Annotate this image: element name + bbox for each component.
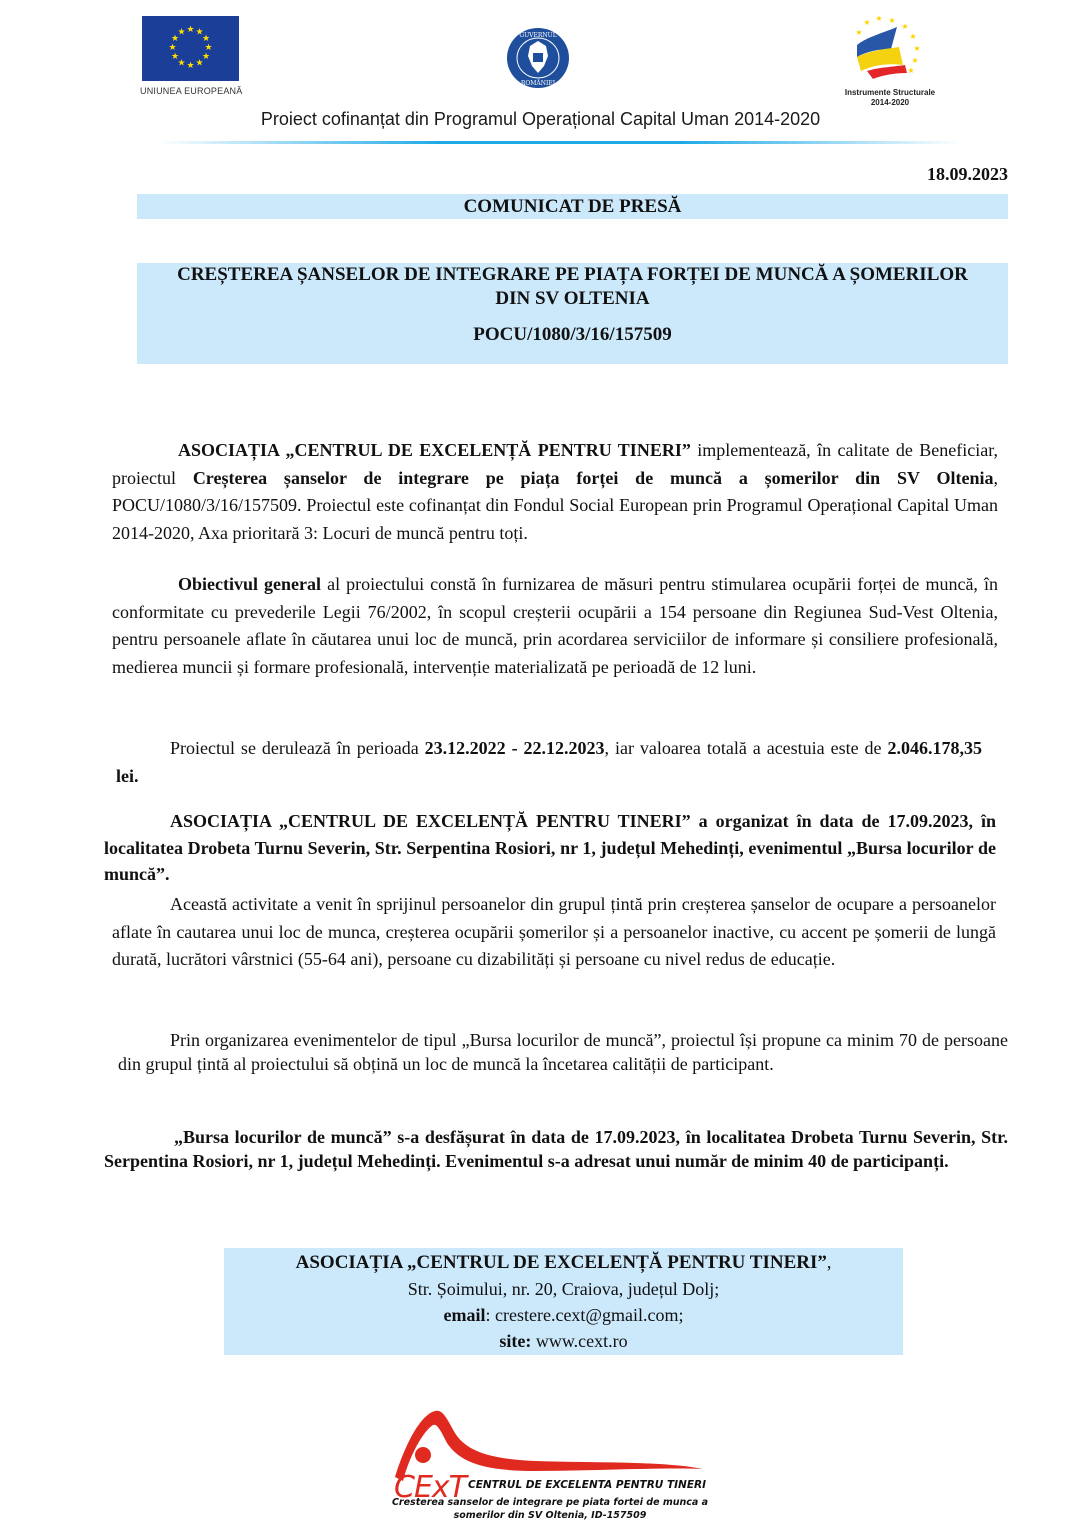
svg-text:★: ★ — [177, 28, 185, 38]
project-code: POCU/1080/3/16/157509 — [137, 323, 1008, 347]
eu-label: UNIUNEA EUROPEANĂ — [140, 86, 242, 96]
press-release-banner: COMUNICAT DE PRESĂ — [137, 194, 1008, 219]
structural-instruments-logo: ★ ★ ★ ★ ★ ★ ★ ★ ★ — [845, 15, 930, 83]
cext-subtitle: Cresterea sanselor de integrare pe piata… — [380, 1496, 720, 1522]
structural-instruments-icon: ★ ★ ★ ★ ★ ★ ★ ★ ★ — [845, 15, 930, 83]
eu-stars-icon: ★ ★ ★ ★ ★ ★ ★ ★ ★ ★ ★ ★ — [142, 16, 239, 81]
contact-address: Str. Șoimului, nr. 20, Craiova, județul … — [224, 1276, 903, 1302]
contact-email-line: email: crestere.cext@gmail.com; — [224, 1302, 903, 1328]
paragraph-period-value: Proiectul se derulează în perioada 23.12… — [116, 735, 982, 790]
structural-instruments-label: Instrumente Structurale 2014-2020 — [830, 88, 950, 108]
email-link[interactable]: : crestere.cext@gmail.com; — [486, 1305, 684, 1325]
paragraph-event-summary: „Bursa locurilor de muncă” s-a desfășura… — [104, 1125, 1008, 1173]
site-label: site: — [499, 1331, 531, 1351]
svg-text:GUVERNUL: GUVERNUL — [519, 32, 556, 39]
tagline-text: Proiect cofinanțat din Programul Operați… — [261, 109, 820, 129]
paragraph-implementation: ASOCIAȚIA „CENTRUL DE EXCELENȚĂ PENTRU T… — [112, 437, 998, 547]
org-name: ASOCIAȚIA „CENTRUL DE EXCELENȚĂ PENTRU T… — [178, 440, 691, 460]
paragraph-goal: Prin organizarea evenimentelor de tipul … — [118, 1028, 1008, 1076]
is-label-line1: Instrumente Structurale — [830, 88, 950, 98]
svg-text:★: ★ — [913, 44, 920, 53]
project-title: CREȘTEREA ȘANSELOR DE INTEGRARE PE PIAȚA… — [137, 263, 1008, 311]
contact-org: ASOCIAȚIA „CENTRUL DE EXCELENȚĂ PENTRU T… — [296, 1252, 827, 1273]
contact-box: ASOCIAȚIA „CENTRUL DE EXCELENȚĂ PENTRU T… — [224, 1248, 903, 1355]
svg-text:★: ★ — [875, 15, 882, 23]
svg-text:★: ★ — [186, 61, 194, 71]
site-link[interactable]: www.cext.ro — [531, 1331, 627, 1351]
project-period: 23.12.2022 - 22.12.2023 — [425, 738, 605, 758]
government-crest-icon: GUVERNUL ROMÂNIEI — [505, 26, 571, 90]
contact-org-line: ASOCIAȚIA „CENTRUL DE EXCELENȚĂ PENTRU T… — [224, 1249, 903, 1276]
eu-flag-logo: ★ ★ ★ ★ ★ ★ ★ ★ ★ ★ ★ ★ — [142, 16, 239, 81]
email-label: email — [444, 1305, 486, 1325]
svg-text:★: ★ — [186, 25, 194, 35]
release-date: 18.09.2023 — [927, 164, 1008, 185]
is-label-line2: 2014-2020 — [830, 98, 950, 108]
svg-text:★: ★ — [168, 43, 176, 53]
contact-site-line: site: www.cext.ro — [224, 1328, 903, 1354]
svg-text:★: ★ — [888, 16, 895, 25]
romanian-government-seal: GUVERNUL ROMÂNIEI — [505, 26, 571, 90]
svg-text:ROMÂNIEI: ROMÂNIEI — [521, 80, 556, 87]
paragraph-objective: Obiectivul general al proiectului constă… — [112, 571, 998, 681]
svg-text:★: ★ — [855, 28, 862, 37]
press-release-label: COMUNICAT DE PRESĂ — [137, 194, 1008, 219]
svg-text:★: ★ — [863, 18, 870, 27]
cext-org-name: CENTRUL DE EXCELENTA PENTRU TINERI — [468, 1479, 706, 1491]
svg-text:★: ★ — [171, 52, 179, 62]
svg-text:★: ★ — [195, 59, 203, 69]
svg-text:★: ★ — [911, 56, 918, 65]
objective-label: Obiectivul general — [178, 574, 321, 594]
header-tagline: Proiect cofinanțat din Programul Operați… — [0, 109, 1087, 130]
paragraph-activity: Această activitate a venit în sprijinul … — [112, 891, 996, 974]
svg-text:★: ★ — [909, 32, 916, 41]
header-divider — [160, 141, 960, 144]
svg-text:★: ★ — [907, 66, 914, 75]
paragraph-event-organized: ASOCIAȚIA „CENTRUL DE EXCELENȚĂ PENTRU T… — [104, 808, 996, 888]
svg-text:★: ★ — [901, 22, 908, 31]
project-title-banner: CREȘTEREA ȘANSELOR DE INTEGRARE PE PIAȚA… — [137, 263, 1008, 364]
project-name: Creșterea șanselor de integrare pe piața… — [193, 468, 994, 488]
